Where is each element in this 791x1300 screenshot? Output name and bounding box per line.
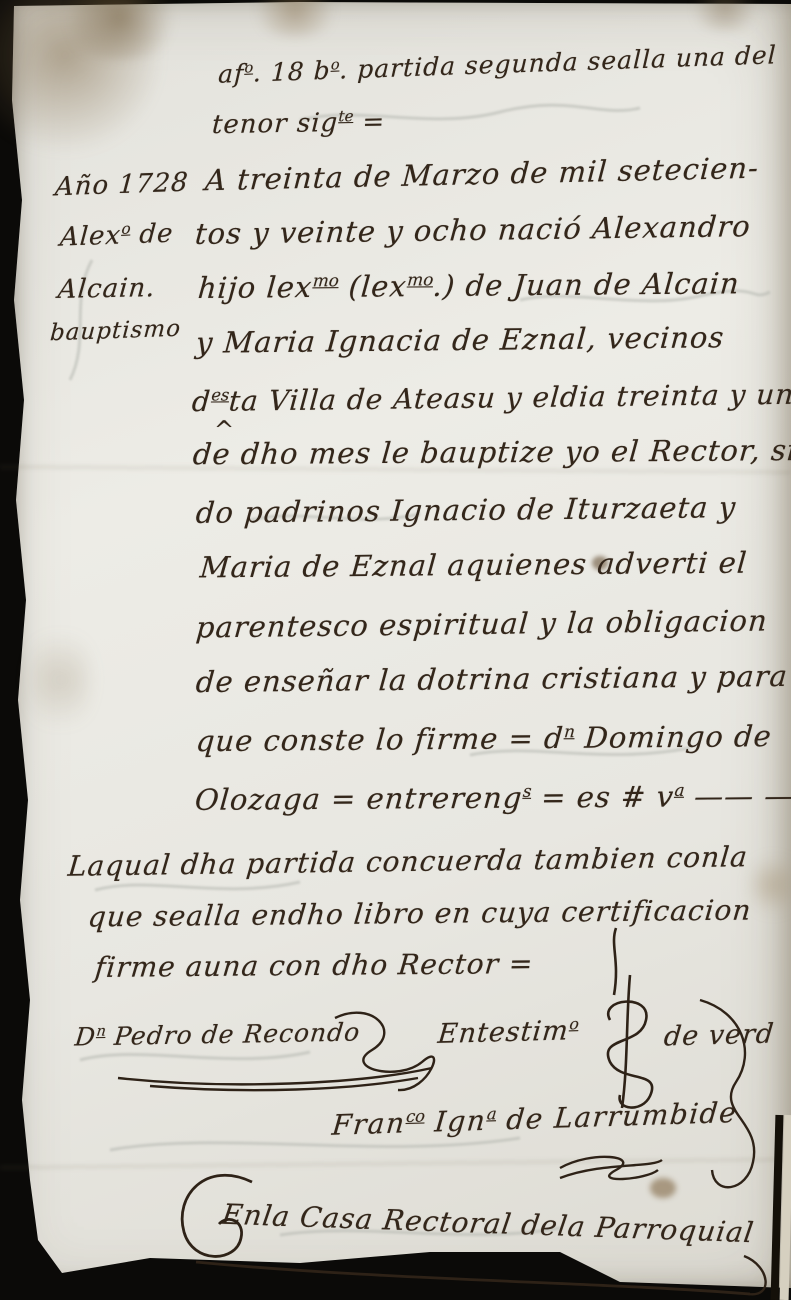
- margin-year: Año 1728: [54, 170, 189, 201]
- body-line: Maria de Eznal aquienes adverti el: [199, 549, 749, 583]
- body-line: tos y veinte y ocho nació Alexandro: [194, 212, 752, 249]
- body-line: do padrinos Ignacio de Iturzaeta y: [195, 493, 737, 528]
- certification-line: firme auna con dho Rector =: [94, 950, 535, 982]
- scanned-manuscript-page: afo. 18 bo. partida segunda sealla una d…: [0, 0, 791, 1300]
- margin-name-line-1: Alexo de: [59, 220, 174, 251]
- margin-name-line-2: Alcain.: [57, 275, 157, 303]
- body-line: de dho mes le bauptize yo el Rector, sie…: [192, 436, 791, 470]
- body-line: que conste lo firme = dn Domingo de: [195, 721, 773, 756]
- attestation-right: de verd: [663, 1021, 776, 1051]
- body-line: de enseñar la dotrina cristiana y para: [195, 662, 789, 697]
- margin-note-bauptismo: bauptismo: [49, 318, 182, 346]
- signature-witness: Dn Pedro de Recondo: [74, 1019, 362, 1049]
- body-line: Olozaga = entrerengs = es # va —— ——: [194, 781, 791, 815]
- heading-line-2: tenor sigte =: [211, 108, 386, 138]
- attestation-left: Entestimo: [437, 1016, 580, 1048]
- body-line: hijo lexmo (lexmo.) de Juan de Alcain: [197, 269, 741, 303]
- body-line: y Maria Ignacia de Eznal, vecinos: [195, 323, 726, 358]
- certification-line: que sealla endho libro en cuya certifica…: [87, 897, 753, 932]
- body-line: desta Villa de Ateasu y eldia treinta y …: [191, 380, 791, 416]
- body-line: parentesco espiritual y la obligacion: [195, 606, 769, 642]
